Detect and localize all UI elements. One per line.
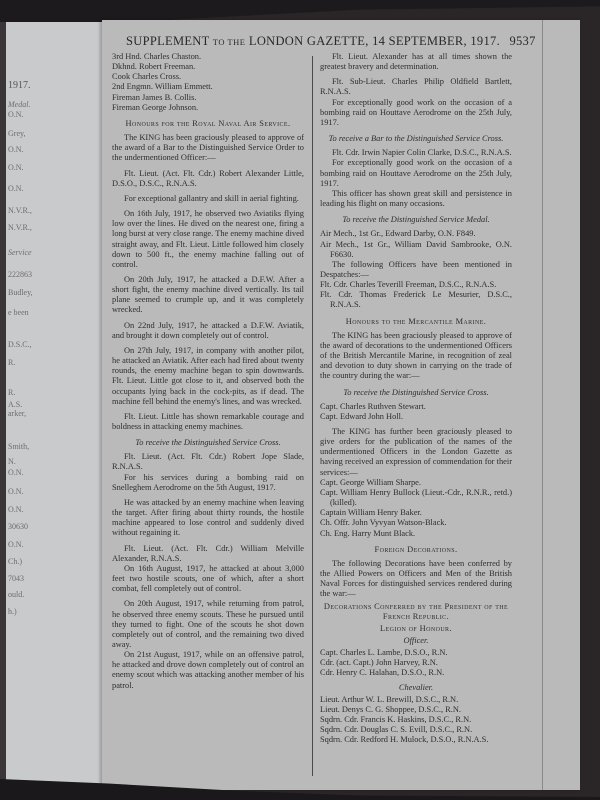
section-heading-legion: Legion of Honour. bbox=[320, 624, 512, 634]
left-column: 3rd Hnd. Charles Chaston. Dkhnd. Robert … bbox=[112, 52, 304, 691]
paragraph: He was attacked by an enemy machine when… bbox=[112, 498, 304, 539]
margin-fragment: N.V.R., bbox=[8, 206, 32, 215]
margin-fragment: R. bbox=[8, 388, 15, 397]
margin-fragment: O.N. bbox=[8, 184, 24, 193]
margin-fragment: O.N. bbox=[8, 505, 24, 514]
paragraph: For exceptionally good work on the occas… bbox=[320, 158, 512, 188]
list-item: Fireman James B. Collis. bbox=[112, 93, 304, 103]
margin-fragment: Medal. bbox=[8, 100, 30, 109]
margin-fragment: A.S. bbox=[8, 400, 22, 409]
margin-fragment: O.N. bbox=[8, 468, 24, 477]
list-item: Sqdrn. Cdr. Francis K. Haskins, D.S.C., … bbox=[320, 715, 512, 725]
paragraph: For exceptionally good work on the occas… bbox=[320, 98, 512, 128]
paragraph: The KING has been graciously pleased to … bbox=[112, 133, 304, 163]
list-item: Lieut. Arthur W. L. Brewill, D.S.C., R.N… bbox=[320, 695, 512, 705]
paragraph: The following Decorations have been conf… bbox=[320, 559, 512, 600]
section-heading-dsc: To receive the Distinguished Service Cro… bbox=[112, 438, 304, 448]
list-item: Capt. Edward John Holl. bbox=[320, 412, 512, 422]
list-item: Cdr. Henry C. Halahan, D.S.O., R.N. bbox=[320, 668, 512, 678]
header-supplement: SUPPLEMENT bbox=[126, 34, 209, 48]
gazette-page: SUPPLEMENT TO THE LONDON GAZETTE, 14 SEP… bbox=[102, 20, 580, 790]
section-heading-merc-dsc: To receive the Distinguished Service Cro… bbox=[320, 388, 512, 398]
section-heading-bar-dsc: To receive a Bar to the Distinguished Se… bbox=[320, 134, 512, 144]
header-title: LONDON GAZETTE, 14 SEPTEMBER, 1917. bbox=[249, 34, 500, 48]
margin-fragment: 30630 bbox=[8, 522, 28, 531]
margin-fragment: 222863 bbox=[8, 270, 32, 279]
margin-fragment: 7043 bbox=[8, 574, 24, 583]
margin-fragment: Grey, bbox=[8, 129, 25, 138]
margin-fragment: O.N. bbox=[8, 487, 24, 496]
right-column: Flt. Lieut. Alexander has at all times s… bbox=[320, 52, 512, 746]
list-item: Fireman George Johnson. bbox=[112, 103, 304, 113]
list-item: Flt. Cdr. Thomas Frederick Le Mesurier, … bbox=[320, 290, 512, 310]
list-item: Lieut. Denys C. G. Shoppee, D.S.C., R.N. bbox=[320, 705, 512, 715]
paragraph: The following Officers have been mention… bbox=[320, 260, 512, 280]
margin-fragment: Service bbox=[8, 248, 32, 257]
margin-fragment: O.N. bbox=[8, 110, 24, 119]
margin-fragment: R. bbox=[8, 358, 15, 367]
margin-fragment: ould. bbox=[8, 590, 24, 599]
officer-name: Flt. Lieut. (Act. Flt. Cdr.) Robert Jope… bbox=[112, 452, 304, 472]
margin-fragment: e been bbox=[8, 308, 29, 317]
margin-fragment: O.N. bbox=[8, 145, 24, 154]
list-item: 3rd Hnd. Charles Chaston. bbox=[112, 52, 304, 62]
paragraph: On 20th August, 1917, while returning fr… bbox=[112, 599, 304, 650]
margin-fragment: Budley, bbox=[8, 288, 33, 297]
officer-name: Flt. Cdr. Irwin Napier Colin Clarke, D.S… bbox=[320, 148, 512, 158]
margin-fragment: Smith, bbox=[8, 442, 29, 451]
paragraph: This officer has shown great skill and p… bbox=[320, 189, 512, 209]
margin-fragment: O.N. bbox=[8, 540, 24, 549]
list-item: Capt. Charles L. Lambe, D.S.O., R.N. bbox=[320, 648, 512, 658]
paragraph: The KING has been graciously pleased to … bbox=[320, 331, 512, 382]
list-item: Sqdrn. Cdr. Douglas C. S. Evill, D.S.C.,… bbox=[320, 725, 512, 735]
margin-fragment: D.S.C., bbox=[8, 340, 32, 349]
list-item: Cdr. (act. Capt.) John Harvey, R.N. bbox=[320, 658, 512, 668]
paragraph: Flt. Lieut. Little has shown remarkable … bbox=[112, 412, 304, 432]
list-item: Ch. Offr. John Vyvyan Watson-Black. bbox=[320, 518, 512, 528]
paragraph: The KING has further been graciously ple… bbox=[320, 427, 512, 478]
margin-fragment: h.) bbox=[8, 607, 17, 616]
page-header: SUPPLEMENT TO THE LONDON GAZETTE, 14 SEP… bbox=[126, 34, 556, 49]
list-item: Cook Charles Cross. bbox=[112, 72, 304, 82]
page-edge-rule bbox=[542, 20, 543, 790]
section-heading-french: Decorations Conferred by the President o… bbox=[320, 602, 512, 622]
margin-fragment: N.V.R., bbox=[8, 223, 32, 232]
binding-edge bbox=[0, 22, 6, 797]
officer-name: Flt. Lieut. (Act. Flt. Cdr.) Robert Alex… bbox=[112, 169, 304, 189]
officer-name: Flt. Sub-Lieut. Charles Philip Oldfield … bbox=[320, 77, 512, 97]
subheading-chevalier: Chevalier. bbox=[320, 683, 512, 693]
list-item: Air Mech., 1st Gr., William David Sambro… bbox=[320, 240, 512, 260]
list-item: Capt. William Henry Bullock (Lieut.-Cdr.… bbox=[320, 488, 512, 508]
section-heading-dsm: To receive the Distinguished Service Med… bbox=[320, 215, 512, 225]
page-number: 9537 bbox=[509, 34, 535, 48]
paragraph: On 20th July, 1917, he attacked a D.F.W.… bbox=[112, 275, 304, 316]
paragraph: On 16th July, 1917, he observed two Avia… bbox=[112, 209, 304, 270]
list-item: 2nd Engmn. William Emmett. bbox=[112, 82, 304, 92]
paragraph: On 27th July, 1917, in company with anot… bbox=[112, 346, 304, 407]
paragraph: On 21st August, 1917, while on an offens… bbox=[112, 650, 304, 691]
list-item: Dkhnd. Robert Freeman. bbox=[112, 62, 304, 72]
paragraph: On 22nd July, 1917, he attacked a D.F.W.… bbox=[112, 321, 304, 341]
crew-list: 3rd Hnd. Charles Chaston. Dkhnd. Robert … bbox=[112, 52, 304, 113]
list-item: Sqdrn. Cdr. Redford H. Mulock, D.S.O., R… bbox=[320, 735, 512, 745]
previous-page-margin: 1917.Medal.O.N.Grey,O.N.O.N.O.N.N.V.R.,N… bbox=[0, 22, 110, 797]
list-item: Air Mech., 1st Gr., Edward Darby, O.N. F… bbox=[320, 229, 512, 239]
margin-fragment: N. bbox=[8, 457, 16, 466]
subheading-officer: Officer. bbox=[320, 636, 512, 646]
column-divider bbox=[312, 56, 313, 776]
paragraph: On 16th August, 1917, he attacked at abo… bbox=[112, 564, 304, 594]
header-to-the: TO THE bbox=[213, 37, 246, 47]
margin-fragment: 1917. bbox=[8, 80, 31, 91]
section-heading-rnas: Honours for the Royal Naval Air Service. bbox=[112, 119, 304, 129]
officer-name: Flt. Lieut. (Act. Flt. Cdr.) William Mel… bbox=[112, 544, 304, 564]
list-item: Ch. Eng. Harry Munt Black. bbox=[320, 529, 512, 539]
list-item: Flt. Cdr. Charles Teverill Freeman, D.S.… bbox=[320, 280, 512, 290]
paragraph: Flt. Lieut. Alexander has at all times s… bbox=[320, 52, 512, 72]
list-item: Capt. George William Sharpe. bbox=[320, 478, 512, 488]
section-heading-mercantile: Honours to the Mercantile Marine. bbox=[320, 317, 512, 327]
list-item: Captain William Henry Baker. bbox=[320, 508, 512, 518]
citation: For exceptional gallantry and skill in a… bbox=[112, 194, 304, 204]
margin-fragment: O.N. bbox=[8, 163, 24, 172]
margin-fragment: arker, bbox=[8, 409, 26, 418]
margin-fragment: Ch.) bbox=[8, 557, 22, 566]
list-item: Capt. Charles Ruthven Stewart. bbox=[320, 402, 512, 412]
paragraph: For his services during a bombing raid o… bbox=[112, 473, 304, 493]
section-heading-foreign: Foreign Decorations. bbox=[320, 545, 512, 555]
